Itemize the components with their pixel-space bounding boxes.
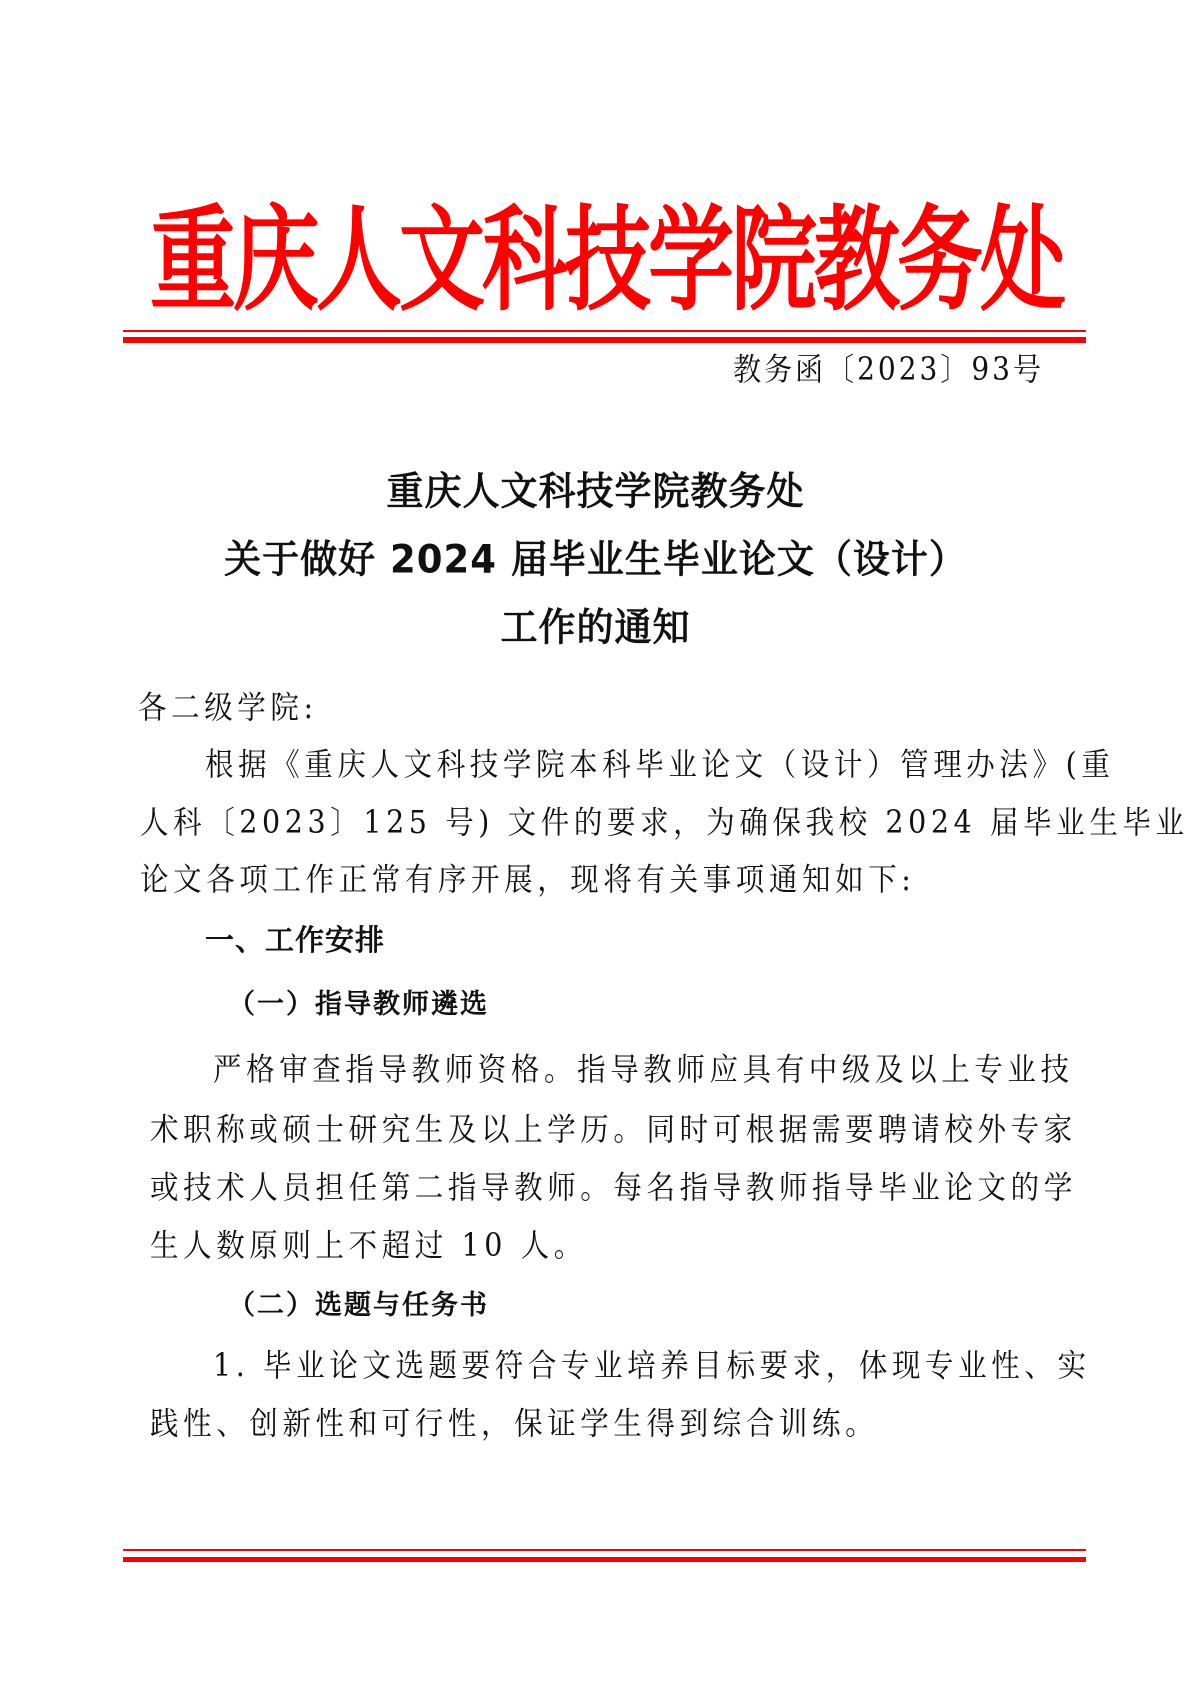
notice-title-line-2: 关于做好 2024 届毕业生毕业论文（设计） — [0, 534, 1191, 587]
footer-rule-thick — [123, 1557, 1086, 1562]
paragraph-line: 术职称或硕士研究生及以上学历。同时可根据需要聘请校外专家 — [150, 1108, 1077, 1152]
masthead-char: 重 — [150, 182, 230, 340]
paragraph-line: 严格审查指导教师资格。指导教师应具有中级及以上专业技 — [213, 1048, 1074, 1092]
subsection-heading: （二）选题与任务书 — [228, 1286, 489, 1326]
masthead-char: 学 — [648, 182, 728, 340]
masthead-char: 务 — [897, 182, 977, 340]
document-number: 教务函〔2023〕93号 — [733, 348, 1044, 393]
intro-line: 论文各项工作正常有序开展，现将有关事项通知如下: — [140, 858, 916, 902]
salutation: 各二级学院: — [138, 686, 318, 730]
paragraph-line: 或技术人员担任第二指导教师。每名指导教师指导毕业论文的学 — [150, 1166, 1077, 1210]
notice-title-line-1: 重庆人文科技学院教务处 — [0, 466, 1191, 519]
intro-line: 人科〔2023〕125 号) 文件的要求，为确保我校 2024 届毕业生毕业 — [140, 801, 1189, 845]
intro-line: 根据《重庆人文科技学院本科毕业论文（设计）管理办法》(重 — [205, 743, 1114, 787]
masthead-char: 院 — [731, 182, 811, 340]
masthead-char: 技 — [565, 182, 645, 340]
paragraph-line: 1. 毕业论文选题要符合专业培养目标要求，体现专业性、实 — [213, 1344, 1091, 1388]
masthead-char: 文 — [399, 182, 479, 340]
masthead-char: 科 — [482, 182, 562, 340]
section-heading: 一、工作安排 — [205, 920, 385, 960]
footer-rule-thin — [123, 1549, 1086, 1551]
masthead-char: 庆 — [233, 182, 313, 340]
masthead-char: 教 — [814, 182, 894, 340]
masthead-char: 处 — [980, 182, 1060, 340]
paragraph-line: 践性、创新性和可行性，保证学生得到综合训练。 — [150, 1402, 878, 1446]
masthead-title: 重 庆 人 文 科 技 学 院 教 务 处 — [150, 196, 1060, 326]
notice-title-line-3: 工作的通知 — [0, 602, 1191, 655]
masthead-char: 人 — [316, 182, 396, 340]
paragraph-line: 生人数原则上不超过 10 人。 — [150, 1224, 587, 1268]
header-rule-thin — [123, 330, 1086, 332]
header-rule-thick — [123, 337, 1086, 343]
subsection-heading: （一）指导教师遴选 — [228, 985, 489, 1025]
